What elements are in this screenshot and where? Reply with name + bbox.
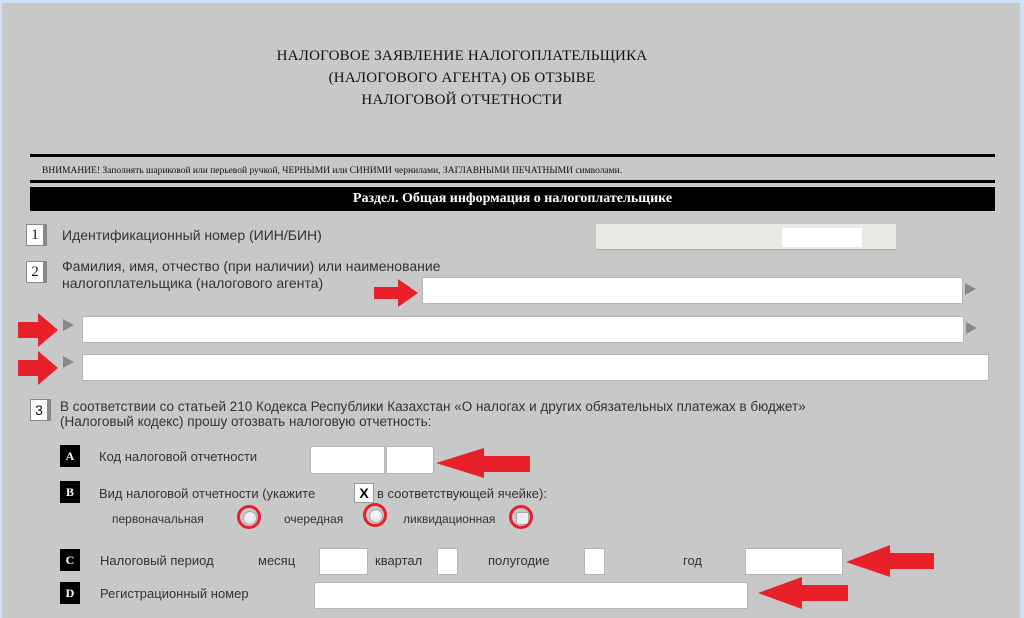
option-initial-label: первоначальная: [112, 511, 204, 528]
field-number-1: 1: [26, 224, 47, 246]
highlight-circle-icon: [509, 505, 533, 529]
section-header: Раздел. Общая информация о налогоплатель…: [30, 187, 995, 211]
continue-triangle-icon: [63, 319, 74, 331]
report-type-label: Вид налоговой отчетности (укажите: [99, 485, 315, 502]
form-title-line-1: НАЛОГОВОЕ ЗАЯВЛЕНИЕ НАЛОГОПЛАТЕЛЬЩИКА: [2, 45, 922, 67]
red-arrow-right-icon: [18, 351, 60, 385]
highlight-circle-icon: [237, 505, 261, 529]
red-arrow-right-icon: [374, 279, 420, 307]
taxpayer-name-line-2-input[interactable]: [82, 316, 964, 343]
report-code-input-1[interactable]: [310, 446, 385, 474]
divider-bottom: [30, 180, 995, 183]
report-code-input-2[interactable]: [386, 446, 434, 474]
tax-form-page: НАЛОГОВОЕ ЗАЯВЛЕНИЕ НАЛОГОПЛАТЕЛЬЩИКА (Н…: [2, 3, 1020, 618]
year-input[interactable]: [745, 548, 843, 575]
field-number-2: 2: [26, 261, 47, 283]
field-3-text-line-2: (Налоговый кодекс) прошу отозвать налого…: [60, 413, 431, 430]
form-title: НАЛОГОВОЕ ЗАЯВЛЕНИЕ НАЛОГОПЛАТЕЛЬЩИКА (Н…: [2, 45, 922, 111]
half-year-input[interactable]: [584, 548, 605, 575]
continue-triangle-icon: [966, 322, 977, 334]
quarter-input[interactable]: [437, 548, 458, 575]
form-title-line-2: (НАЛОГОВОГО АГЕНТА) ОБ ОТЗЫВЕ: [2, 67, 922, 89]
year-label: год: [683, 552, 702, 569]
report-type-label-suffix: в соответствующей ячейке):: [377, 485, 547, 502]
field-2-label-line-1: Фамилия, имя, отчество (при наличии) или…: [62, 258, 440, 275]
subfield-letter-d: D: [60, 582, 80, 604]
month-input[interactable]: [319, 548, 368, 575]
subfield-letter-b: B: [60, 481, 80, 503]
registration-number-input[interactable]: [314, 582, 748, 609]
taxpayer-name-line-1-input[interactable]: [422, 277, 963, 304]
x-mark-example: X: [354, 483, 374, 503]
subfield-letter-a: A: [60, 445, 80, 467]
red-arrow-left-icon: [436, 446, 532, 480]
form-title-line-3: НАЛОГОВОЙ ОТЧЕТНОСТИ: [2, 89, 922, 111]
registration-number-label: Регистрационный номер: [100, 585, 249, 602]
option-liquidation-label: ликвидационная: [403, 511, 495, 528]
subfield-letter-c: C: [60, 549, 80, 571]
taxpayer-name-line-3-input[interactable]: [82, 354, 989, 381]
report-code-label: Код налоговой отчетности: [99, 448, 257, 465]
option-regular-label: очередная: [284, 511, 343, 528]
highlight-circle-icon: [363, 503, 387, 527]
field-1-label: Идентификационный номер (ИИН/БИН): [62, 227, 322, 244]
iin-bin-input-highlight: [782, 228, 862, 247]
red-arrow-left-icon: [758, 577, 850, 611]
half-year-label: полугодие: [488, 552, 550, 569]
tax-period-label: Налоговый период: [100, 552, 214, 569]
iin-bin-input[interactable]: [596, 224, 896, 250]
quarter-label: квартал: [375, 552, 422, 569]
divider-top: [30, 154, 995, 157]
red-arrow-right-icon: [18, 313, 60, 347]
month-label: месяц: [258, 552, 295, 569]
continue-triangle-icon: [63, 356, 74, 368]
notice-text: ВНИМАНИЕ! Заполнять шариковой или перьев…: [42, 166, 622, 176]
field-number-3: 3: [30, 399, 51, 421]
continue-triangle-icon: [965, 283, 976, 295]
field-2-label-line-2: налогоплательщика (налогового агента): [62, 275, 323, 292]
red-arrow-left-icon: [846, 545, 936, 579]
